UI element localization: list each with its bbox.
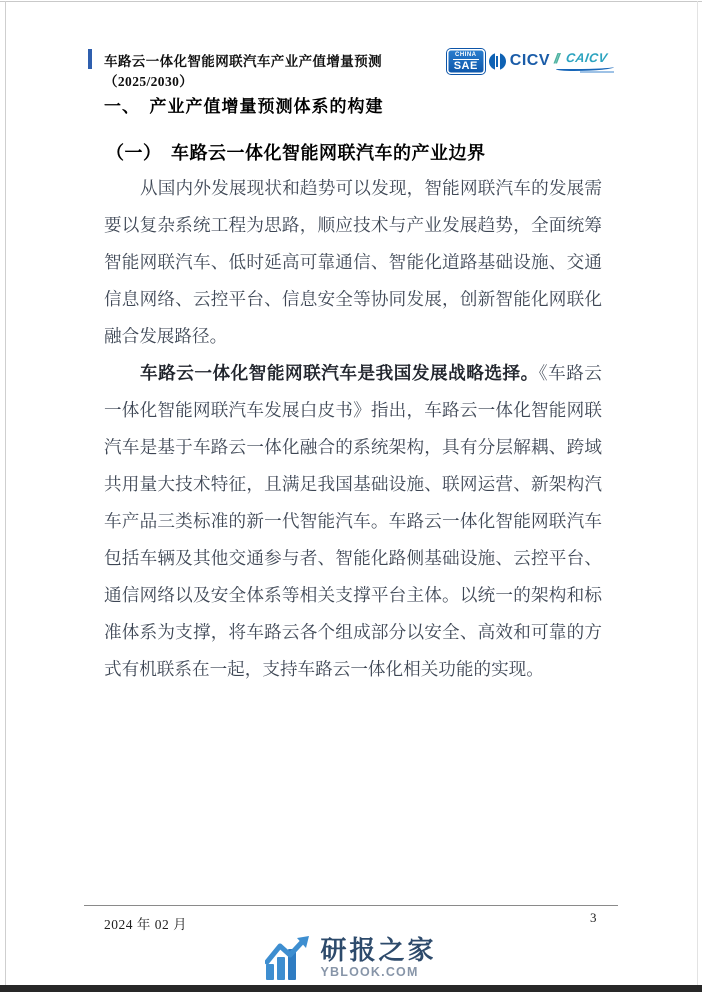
page-border-right [697,1,698,985]
section-heading: 一、 产业产值增量预测体系的构建 [104,92,602,117]
caicv-logo-tagline-line [580,71,614,73]
page-header: 车路云一体化智能网联汽车产业产值增量预测（2025/2030） CHINA SA… [84,46,618,76]
paragraph-line: 车路云一体化智能网联汽车是我国发展战略选择。《车路云 [104,355,602,392]
china-sae-logo-main-label: SAE [454,61,478,72]
paragraph-line: 一体化智能网联汽车发展白皮书》指出，车路云一体化智能网联 [104,392,602,429]
text-run: 信息网络、云控平台、信息安全等协同发展，创新智能化网联化 [104,289,602,309]
paragraph-line: 准体系为支撑，将车路云各个组成部分以安全、高效和可靠的方 [104,614,602,651]
paragraph-line: 包括车辆及其他交通参与者、智能化路侧基础设施、云控平台、 [104,540,602,577]
text-run: 通信网络以及安全体系等相关支撑平台主体。以统一的架构和标 [104,585,602,605]
footer-page-number: 3 [590,910,597,926]
paragraph-line: 式有机联系在一起，支持车路云一体化相关功能的实现。 [104,651,602,688]
subsection-heading: （一） 车路云一体化智能网联汽车的产业边界 [106,139,604,165]
watermark-chart-arrow-icon [265,936,311,980]
body-text: 从国内外发展现状和趋势可以发现，智能网联汽车的发展需要以复杂系统工程为思路，顺应… [104,170,602,688]
paragraph-line: 车产品三类标准的新一代智能汽车。车路云一体化智能网联汽车 [104,503,602,540]
paragraph-line: 通信网络以及安全体系等相关支撑平台主体。以统一的架构和标 [104,577,602,614]
text-run: 式有机联系在一起，支持车路云一体化相关功能的实现。 [104,659,544,679]
bold-text-run: 车路云一体化智能网联汽车是我国发展战略选择。 [140,363,539,383]
page-border-top [0,1,702,2]
text-run: 一体化智能网联汽车发展白皮书》指出，车路云一体化智能网联 [104,400,602,420]
text-run: 汽车是基于车路云一体化融合的系统架构，具有分层解耦、跨域 [104,437,602,457]
paragraph-line: 智能网联汽车、低时延高可靠通信、智能化道路基础设施、交通 [104,244,602,281]
text-run: 融合发展路径。 [104,326,227,346]
header-logos: CHINA SAE CICV // CAICV [447,46,616,76]
watermark-texts: 研报之家 YBLOOK.COM [320,937,436,979]
paragraph-line: 汽车是基于车路云一体化融合的系统架构，具有分层解耦、跨域 [104,429,602,466]
paragraph-line: 要以复杂系统工程为思路，顺应技术与产业发展趋势，全面统筹 [104,207,602,244]
paragraph-line: 信息网络、云控平台、信息安全等协同发展，创新智能化网联化 [104,281,602,318]
china-sae-logo: CHINA SAE [447,49,485,74]
china-sae-logo-top-label: CHINA [453,51,479,60]
watermark-name: 研报之家 [320,937,436,963]
caicv-logo-slashes: // [554,50,558,66]
page-border-left [5,1,6,985]
text-run: 车产品三类标准的新一代智能汽车。车路云一体化智能网联汽车 [104,511,602,531]
text-run: 包括车辆及其他交通参与者、智能化路侧基础设施、云控平台、 [104,548,602,568]
caicv-logo-text: CAICV [565,51,608,65]
cicv-circle-icon [489,53,506,70]
document-page: { "header": { "title": "车路云一体化智能网联汽车产业产值… [0,0,702,992]
header-accent-bar [88,49,92,69]
cicv-logo-text: CICV [510,52,550,70]
footer-divider [84,905,618,906]
paragraph-line: 从国内外发展现状和趋势可以发现，智能网联汽车的发展需 [104,170,602,207]
text-run: 准体系为支撑，将车路云各个组成部分以安全、高效和可靠的方 [104,622,602,642]
header-title: 车路云一体化智能网联汽车产业产值增量预测（2025/2030） [104,50,454,90]
caicv-logo: // CAICV [554,48,616,74]
text-run: 要以复杂系统工程为思路，顺应技术与产业发展趋势，全面统筹 [104,215,602,235]
paragraph-line: 共用量大技术特征，且满足我国基础设施、联网运营、新架构汽 [104,466,602,503]
watermark-domain: YBLOOK.COM [320,966,436,979]
bottom-dark-strip [0,985,702,992]
text-run: 《车路云 [539,363,602,383]
text-run: 共用量大技术特征，且满足我国基础设施、联网运营、新架构汽 [104,474,602,494]
watermark: 研报之家 YBLOOK.COM [0,932,702,984]
paragraph-line: 融合发展路径。 [104,318,602,355]
text-run: 从国内外发展现状和趋势可以发现，智能网联汽车的发展需 [140,178,602,198]
footer-date: 2024 年 02 月 [104,913,187,933]
text-run: 智能网联汽车、低时延高可靠通信、智能化道路基础设施、交通 [104,252,602,272]
